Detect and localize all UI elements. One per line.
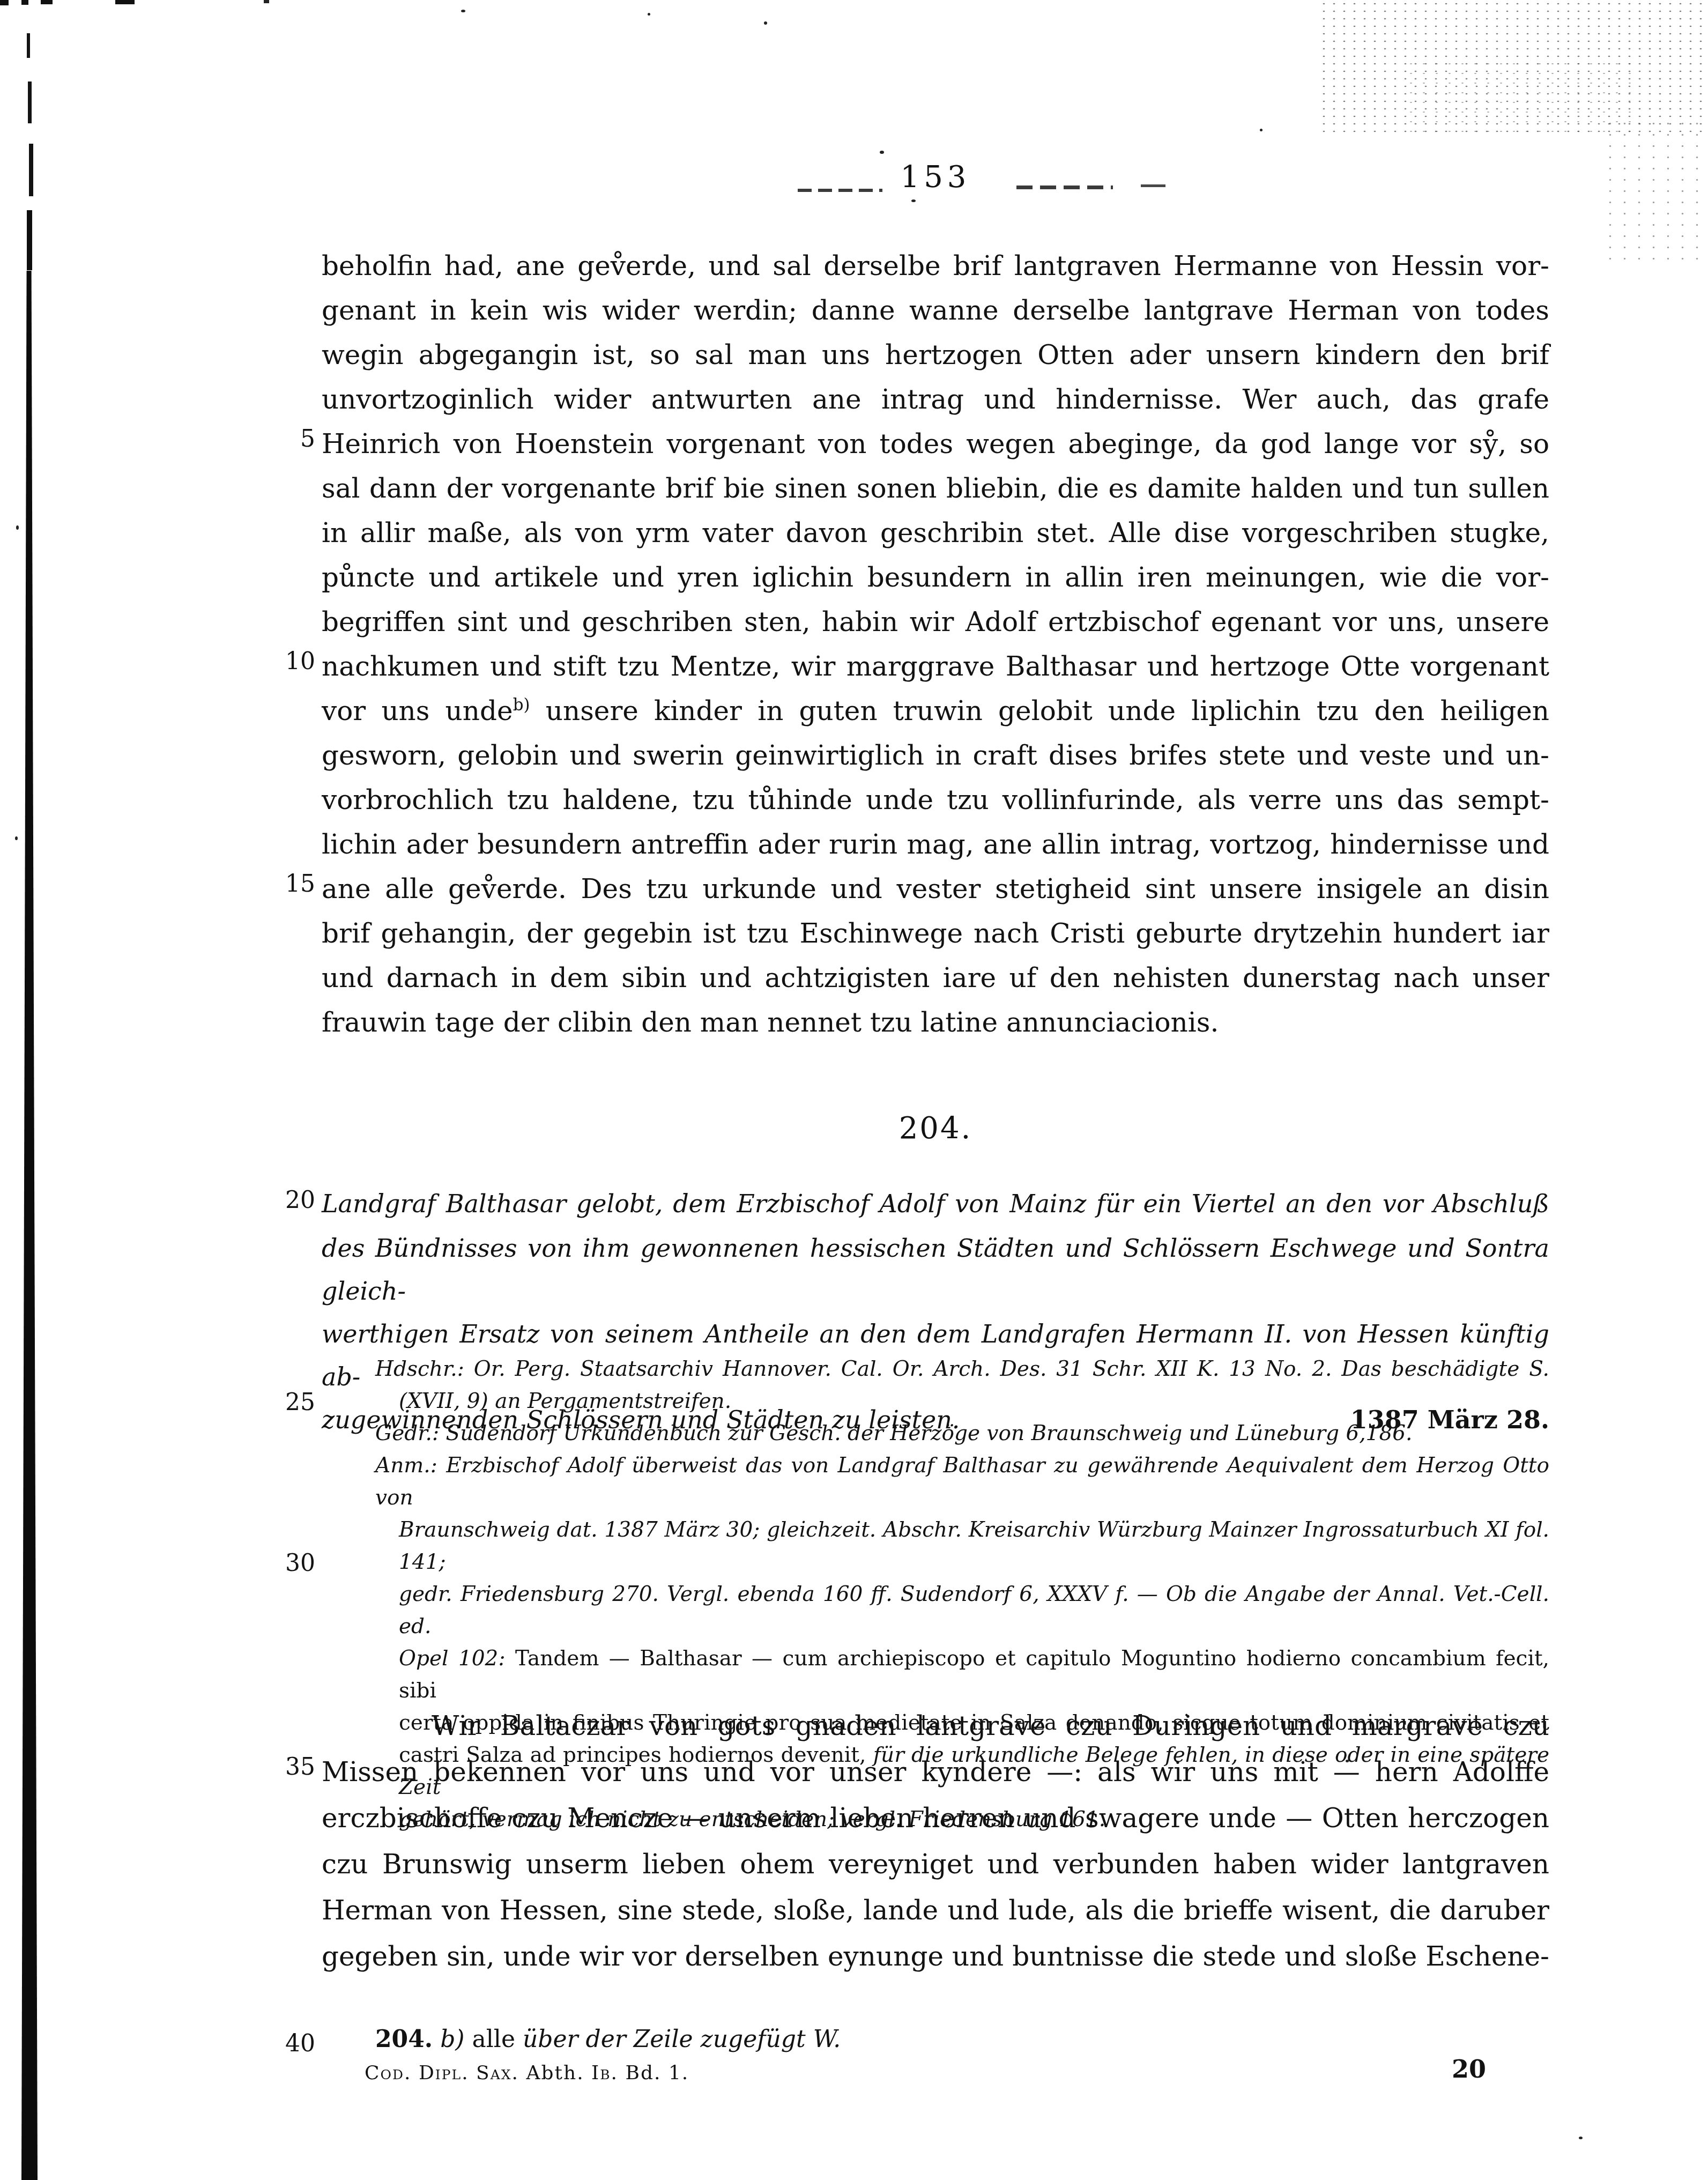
apparatus-text: Or. Perg. Staatsarchiv Hannover. Cal. Or…: [474, 1357, 1549, 1381]
text-line: Heinrich von Hoenstein vorgenant von tod…: [322, 422, 1549, 466]
text-segment: vor uns unde: [322, 695, 513, 726]
footnote-text: über der Zeile zugefügt W.: [523, 2026, 841, 2053]
apparatus-label: Anm.:: [375, 1454, 437, 1478]
apparatus-text: Erzbischof Adolf überweist das von Landg…: [375, 1454, 1549, 1510]
doc-204-body-text: Wir Baltaczar von gots gnaden lantgrave …: [322, 1703, 1549, 1979]
apparatus-text: Sudendorf Urkundenbuch zur Gesch. der He…: [446, 1421, 1413, 1445]
scan-artifact-dash: [27, 210, 32, 270]
scan-artifact-dash: [29, 144, 33, 196]
text-line: Missen bekennen vor uns und vor unser ky…: [322, 1749, 1549, 1795]
footnote-word: alle: [472, 2026, 515, 2053]
text-line: gegeben sin, unde wir vor derselben eynu…: [322, 1933, 1549, 1979]
margin-line-number: 5: [225, 425, 315, 453]
text-line: ane alle gev̊erde. Des tzu urkunde und v…: [322, 867, 1549, 911]
scan-artifact-speck: [461, 10, 465, 12]
scan-artifact-speck: [1260, 129, 1263, 131]
scan-artifact-dash: [27, 33, 30, 58]
latin-quote-segment: Tandem — Balthasar — cum archiepiscopo e…: [399, 1647, 1549, 1703]
doc-203-continuation-text: beholfin had, ane gev̊erde, und sal ders…: [322, 244, 1549, 1045]
apparatus-line: Braunschweig dat. 1387 März 30; gleichze…: [375, 1514, 1549, 1578]
footnote-marker-b: b): [513, 695, 530, 715]
scanned-book-page: 153 5 10 15 20 25 30 35 40 beholfin had,…: [0, 0, 1708, 2180]
text-line: půncte und artikele und yren iglichin be…: [322, 555, 1549, 600]
text-line-with-footnote-mark: vor uns undeb) unsere kinder in guten tr…: [322, 689, 1549, 733]
footnote: 204. b) alle über der Zeile zugefügt W.: [375, 2026, 1549, 2053]
scan-artifact-dash: [28, 81, 32, 123]
scan-artifact-speck: [880, 151, 884, 154]
scan-artifact-noise-patch: [1405, 59, 1635, 134]
imprint-segment: Abth.: [526, 2062, 584, 2084]
apparatus-line-opel: Opel 102: Tandem — Balthasar — cum archi…: [375, 1643, 1549, 1707]
apparatus-line-hdschr: Hdschr.: Or. Perg. Staatsarchiv Hannover…: [375, 1353, 1549, 1385]
text-line: genant in kein wis wider werdin; danne w…: [322, 288, 1549, 333]
apparatus-label: Opel 102:: [399, 1647, 506, 1671]
text-line: gesworn, gelobin und swerin geinwirtigli…: [322, 733, 1549, 778]
apparatus-label: Gedr.:: [375, 1421, 439, 1445]
text-line: sal dann der vorgenante brif bie sinen s…: [322, 466, 1549, 511]
scan-artifact-speck: [15, 836, 18, 840]
imprint-segment: Ib.: [591, 2062, 618, 2084]
scan-artifact-top-mark: [0, 0, 9, 5]
scan-artifact-top-mark: [21, 0, 28, 5]
scan-artifact-top-mark: [115, 0, 135, 4]
margin-line-number: 10: [225, 648, 315, 675]
apparatus-line-gedr: Gedr.: Sudendorf Urkundenbuch zur Gesch.…: [375, 1418, 1549, 1450]
apparatus-line-anm: Anm.: Erzbischof Adolf überweist das von…: [375, 1450, 1549, 1514]
margin-line-number: 40: [225, 2030, 315, 2057]
page-number: 153: [322, 160, 1549, 195]
margin-line-number: 25: [225, 1389, 315, 1416]
text-line: und darnach in dem sibin und achtzigiste…: [322, 956, 1549, 1000]
text-line: frauwin tage der clibin den man nennet t…: [322, 1000, 1549, 1045]
text-line: lichin ader besundern antreffin ader rur…: [322, 822, 1549, 867]
text-line: Herman von Hessen, sine stede, sloße, la…: [322, 1887, 1549, 1933]
scan-artifact-left-streak: [21, 271, 38, 2180]
margin-line-number: 20: [225, 1187, 315, 1214]
scan-artifact-top-mark: [264, 0, 269, 3]
margin-line-number: 30: [225, 1549, 315, 1577]
margin-line-number: 35: [225, 1753, 315, 1781]
text-line: nachkumen und stift tzu Mentze, wir marg…: [322, 644, 1549, 689]
doc-204-heading: 204.: [322, 1111, 1549, 1146]
text-line: begriffen sint und geschriben sten, habi…: [322, 600, 1549, 644]
footnote-marker: b): [440, 2026, 464, 2053]
text-line: brif gehangin, der gegebin ist tzu Eschi…: [322, 911, 1549, 956]
text-line: wegin abgegangin ist, so sal man uns her…: [322, 333, 1549, 377]
scan-artifact-speck: [911, 199, 916, 202]
scan-artifact-top-mark: [41, 0, 53, 4]
scan-artifact-speck: [1579, 2137, 1583, 2139]
text-line: czu Brunswig unserm lieben ohem vereynig…: [322, 1841, 1549, 1887]
scan-artifact-noise-patch: [1603, 118, 1708, 268]
text-segment: unsere kinder in guten truwin gelobit un…: [546, 695, 1549, 726]
series-imprint: Cod. Dipl. Sax. Abth. Ib. Bd. 1.: [365, 2062, 1115, 2084]
apparatus-label: Hdschr.:: [375, 1357, 464, 1381]
sheet-number: 20: [1426, 2055, 1512, 2083]
imprint-segment: Bd. 1.: [626, 2062, 689, 2084]
summary-line: des Bündnisses von ihm gewonnenen hessis…: [322, 1227, 1549, 1313]
apparatus-line: gedr. Friedensburg 270. Vergl. ebenda 16…: [375, 1578, 1549, 1643]
text-line: in allir maße, als von yrm vater davon g…: [322, 511, 1549, 555]
scan-artifact-speck: [16, 525, 19, 530]
footnote-doc-number: 204.: [375, 2026, 433, 2053]
margin-line-number: 15: [225, 870, 315, 898]
apparatus-line: (XVII, 9) an Pergamentstreifen.: [375, 1385, 1549, 1418]
imprint-segment: Cod. Dipl. Sax.: [365, 2062, 519, 2084]
text-line: unvortzoginlich wider antwurten ane intr…: [322, 377, 1549, 422]
text-line: erczbischoffe czu Mencze — unserm lieben…: [322, 1795, 1549, 1841]
scan-artifact-speck: [648, 13, 650, 16]
text-line: beholfin had, ane gev̊erde, und sal ders…: [322, 244, 1549, 288]
text-line: Wir Baltaczar von gots gnaden lantgrave …: [322, 1703, 1549, 1749]
summary-line: Landgraf Balthasar gelobt, dem Erzbischo…: [322, 1182, 1549, 1227]
scan-artifact-speck: [764, 21, 767, 25]
text-line: vorbrochlich tzu haldene, tzu tůhinde un…: [322, 778, 1549, 822]
